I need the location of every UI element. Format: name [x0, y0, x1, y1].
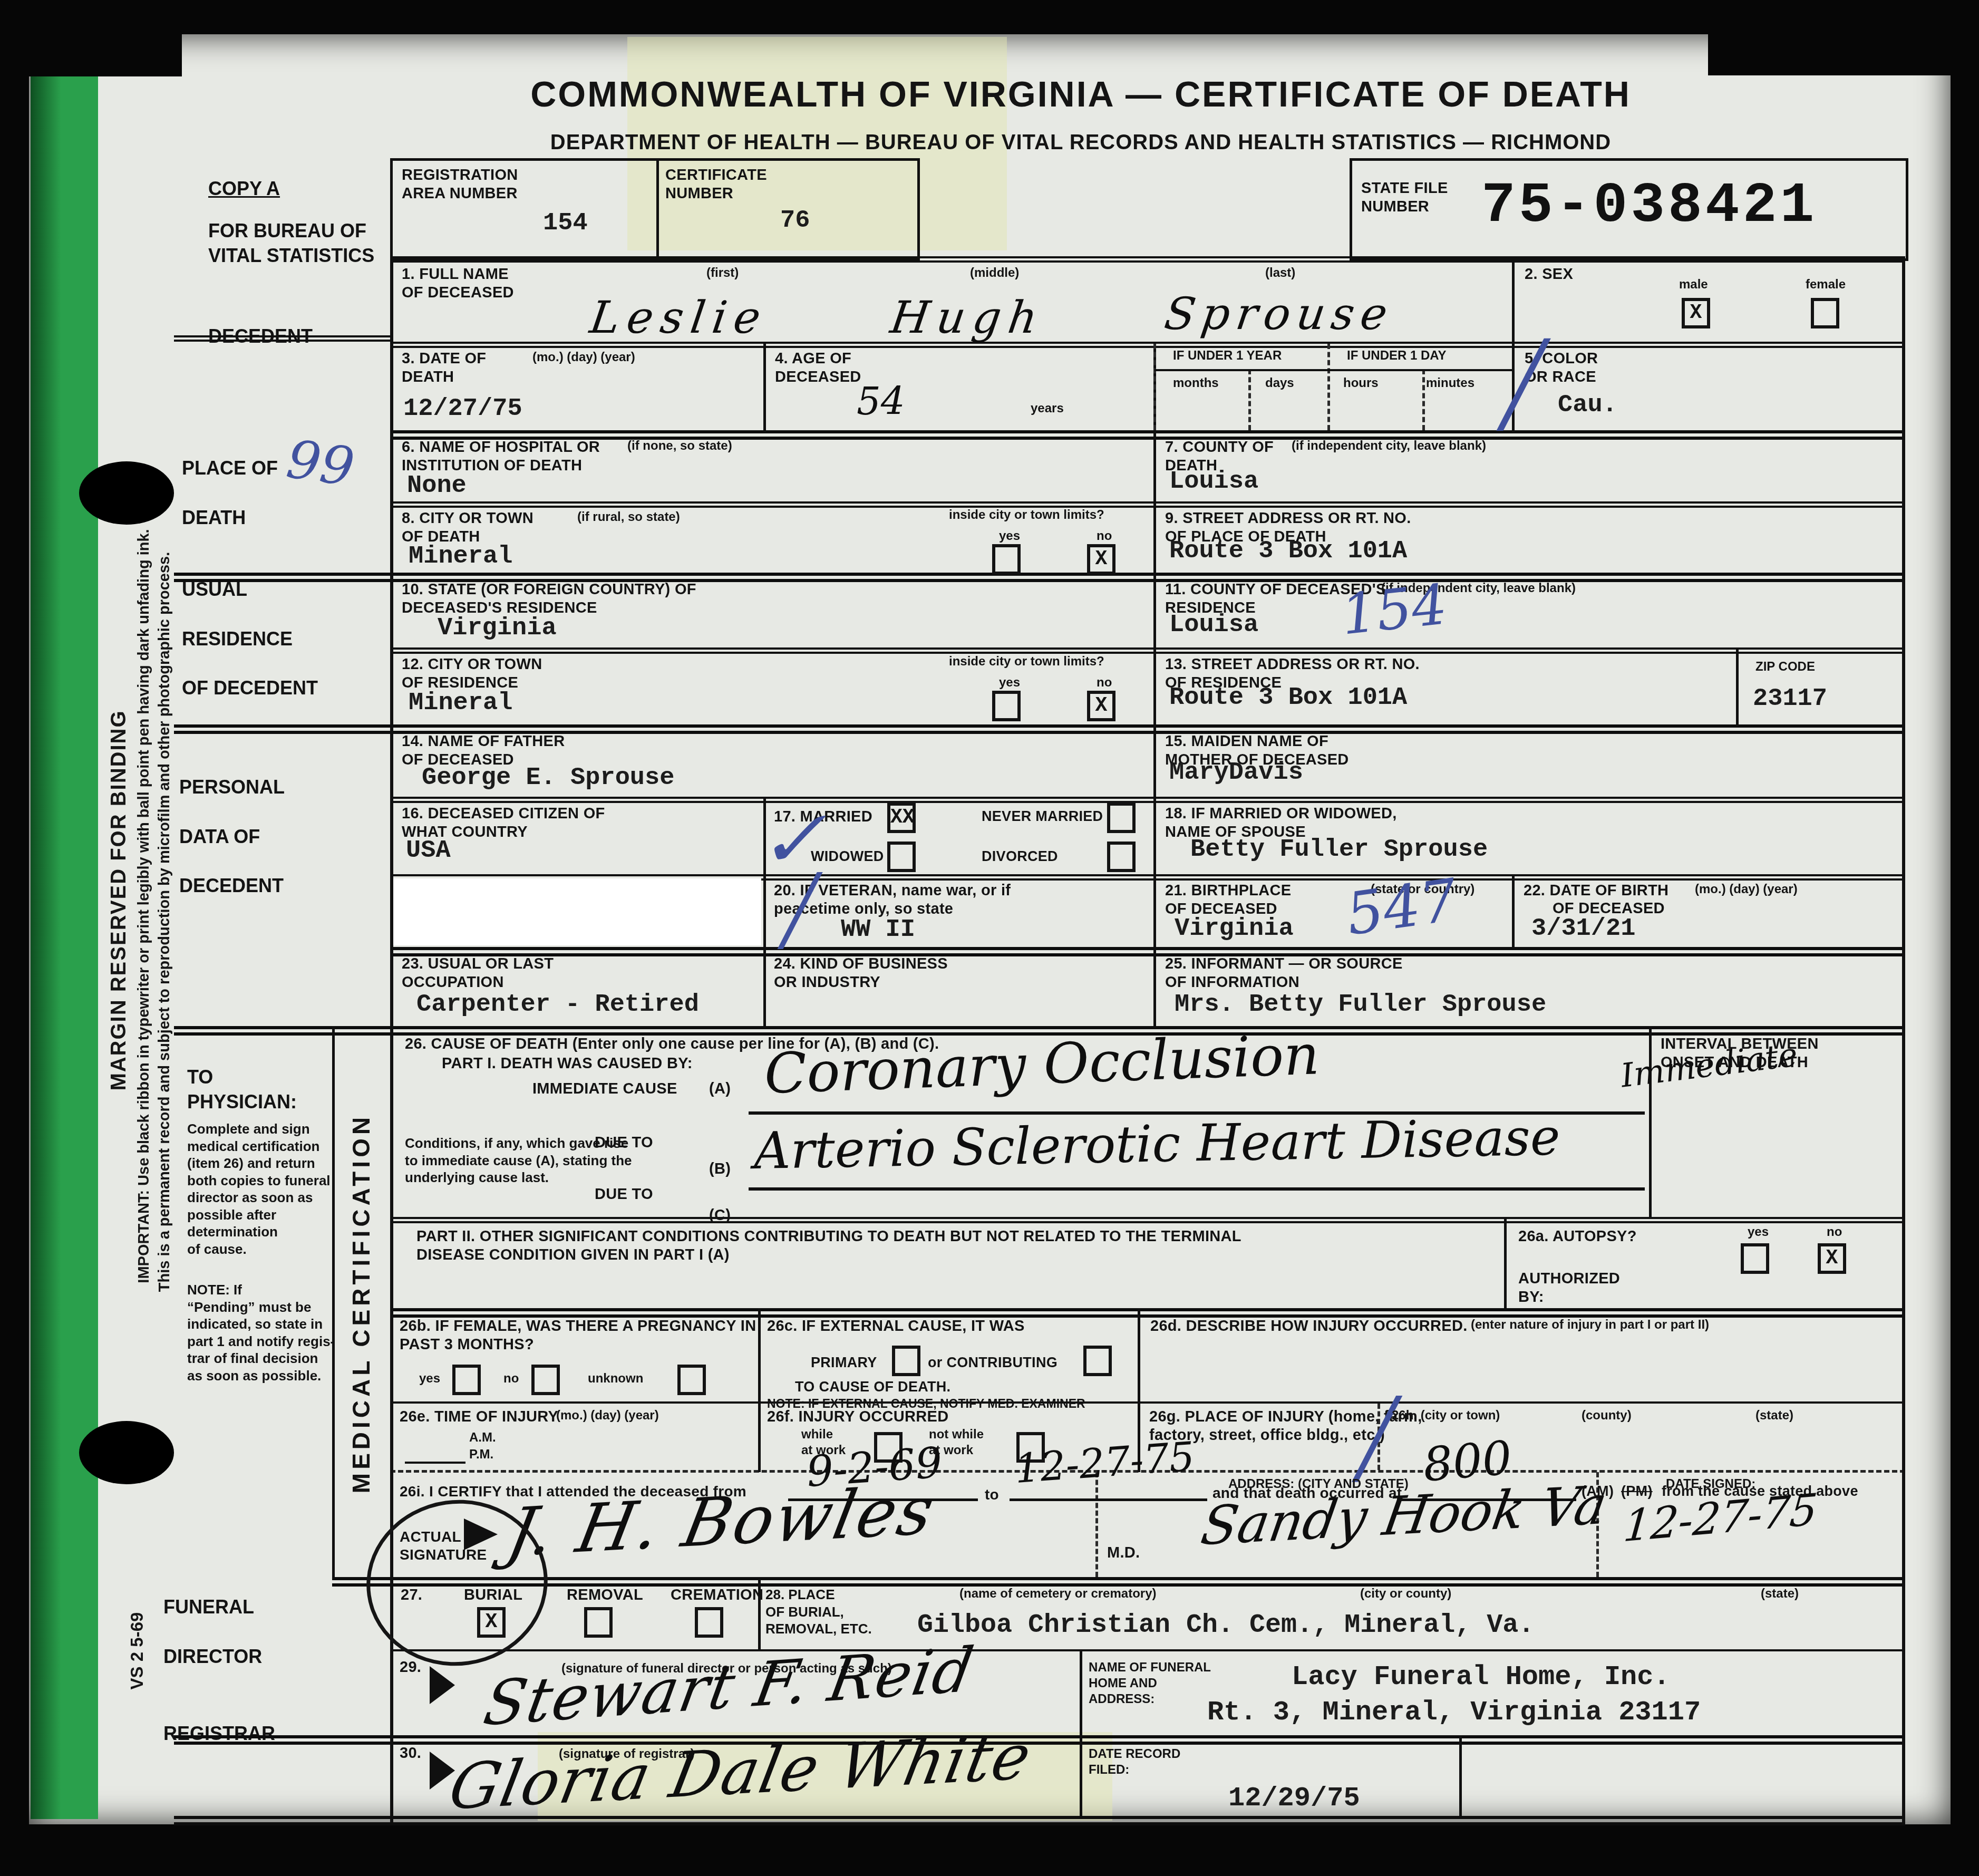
field12-value: Mineral [409, 691, 512, 715]
cause-b-sub: (B) [709, 1160, 731, 1178]
field1-middle-value: Hugh [888, 295, 1047, 340]
city-county-sub: (city or county) [1360, 1586, 1451, 1602]
field2-male-label: male [1679, 277, 1708, 293]
field4-label: 4. AGE OF DECEASED [775, 350, 861, 387]
part2-label: PART II. OTHER SIGNIFICANT CONDITIONS CO… [416, 1227, 1418, 1265]
field26b-no-checkbox [531, 1365, 560, 1395]
autopsy-no-label: no [1827, 1224, 1842, 1240]
state-file-value: 75-038421 [1481, 174, 1817, 238]
under-1-year-label: IF UNDER 1 YEAR [1173, 348, 1282, 364]
field29-number: 29. [400, 1658, 421, 1677]
registration-area-value: 154 [543, 211, 588, 236]
funeral-home-label: NAME OF FUNERAL HOME AND ADDRESS: [1089, 1660, 1211, 1707]
field26b-no-label: no [503, 1371, 519, 1387]
field1-label: 1. FULL NAME OF DECEASED [402, 265, 514, 303]
field26-part1: PART I. DEATH WAS CAUSED BY: [442, 1055, 693, 1073]
field1-first-value: Leslie [587, 295, 771, 340]
pm-label: P.M. [469, 1447, 493, 1463]
field1-last-value: Sprouse [1162, 292, 1396, 336]
field10-label: 10. STATE (OR FOREIGN COUNTRY) OF DECEAS… [402, 581, 696, 618]
primary-label: PRIMARY [811, 1354, 877, 1371]
field26c-label: 26c. IF EXTERNAL CAUSE, IT WAS [767, 1317, 1025, 1336]
field25-value: Mrs. Betty Fuller Sprouse [1175, 992, 1546, 1017]
field18-value: Betty Fuller Sprouse [1190, 837, 1488, 862]
divorced-checkbox [1107, 842, 1136, 872]
personal-data-label: PERSONAL DATA OF DECEDENT [179, 775, 285, 898]
male-checkbox: X [1682, 298, 1710, 328]
torn-edge-top-left [29, 34, 182, 76]
field23-value: Carpenter - Retired [416, 992, 699, 1017]
to-physician-label: TO PHYSICIAN: [187, 1065, 297, 1115]
cremation-checkbox [695, 1607, 723, 1638]
field12-yes-checkbox [992, 691, 1021, 721]
field26b-label: 26b. IF FEMALE, WAS THERE A PREGNANCY IN… [400, 1317, 756, 1355]
field6-value: None [407, 473, 467, 498]
field26d-sub: (enter nature of injury in part I or par… [1471, 1317, 1709, 1333]
field20-value: WW II [841, 917, 915, 942]
field12-limits-label: inside city or town limits? [949, 654, 1104, 670]
field26h-state-label: (state) [1755, 1408, 1793, 1424]
field1-first-sub: (first) [706, 265, 739, 281]
funeral-home-address: Rt. 3, Mineral, Virginia 23117 [1207, 1699, 1701, 1726]
state-file-label: STATE FILE NUMBER [1361, 179, 1448, 217]
field22-sub: (mo.) (day) (year) [1695, 882, 1798, 897]
place-of-death-label: PLACE OF DEATH [182, 456, 278, 530]
field12-no-label: no [1097, 675, 1112, 691]
field12-yes-label: yes [999, 675, 1020, 691]
field6-label: 6. NAME OF HOSPITAL OR INSTITUTION OF DE… [402, 438, 600, 476]
usual-residence-label: USUAL RESIDENCE OF DECEDENT [182, 577, 318, 701]
field7-sub: (if independent city, leave blank) [1292, 438, 1486, 454]
field22-label: 22. DATE OF BIRTH [1524, 882, 1668, 900]
contributing-label: or CONTRIBUTING [928, 1354, 1058, 1371]
cremation-label: CREMATION [671, 1586, 763, 1604]
margin-permanent-note: This is a permanent record and subject t… [156, 527, 173, 1318]
months-label: months [1173, 375, 1219, 391]
zip-code-value: 23117 [1753, 686, 1827, 711]
date-filed-value: 12/29/75 [1228, 1785, 1360, 1812]
female-checkbox [1811, 298, 1839, 328]
date-signed-label: DATE SIGNED: [1666, 1476, 1755, 1492]
conditions-note: Conditions, if any, which gave rise to i… [405, 1135, 632, 1186]
field13-value: Route 3 Box 101A [1169, 685, 1407, 710]
field2-female-label: female [1806, 277, 1846, 293]
field8-label: 8. CITY OR TOWN OF DEATH [402, 509, 533, 547]
pen-number-99: 99 [284, 432, 357, 494]
funeral-director-label: FUNERAL DIRECTOR [163, 1595, 262, 1669]
field8-yes-checkbox [992, 544, 1021, 575]
field2-label: 2. SEX [1525, 265, 1573, 284]
field26d-label: 26d. DESCRIBE HOW INJURY OCCURRED. [1150, 1317, 1468, 1336]
cause-b-value: Arterio Sclerotic Heart Disease [753, 1111, 1560, 1176]
field8-sub: (if rural, so state) [577, 509, 680, 525]
medical-certification-label: MEDICAL CERTIFICATION [347, 1013, 375, 1593]
field21-value: Virginia [1175, 916, 1294, 941]
days-label: days [1265, 375, 1294, 391]
certificate-number-value: 76 [780, 208, 810, 233]
pen-slash-veteran: ╱ [780, 878, 820, 944]
certify-pm-label: (PM) [1621, 1483, 1653, 1500]
registration-area-label: REGISTRATION AREA NUMBER [402, 166, 518, 204]
immediate-cause-label: IMMEDIATE CAUSE [532, 1080, 677, 1098]
field4-value: 54 [857, 382, 905, 420]
never-married-checkbox [1107, 802, 1136, 833]
field14-value: George E. Sprouse [422, 766, 674, 790]
minutes-label: minutes [1426, 375, 1474, 391]
copy-label: COPY A [208, 177, 280, 201]
field26b-unknown-label: unknown [588, 1371, 643, 1387]
redaction-box [393, 878, 761, 945]
certify-to-value: 12-27-75 [1013, 1436, 1196, 1489]
due-to-c-label: DUE TO [595, 1185, 653, 1204]
pen-number-547: 547 [1343, 871, 1460, 943]
authorized-by-label: AUTHORIZED BY: [1518, 1270, 1620, 1307]
never-married-label: NEVER MARRIED [982, 808, 1103, 825]
hole-punch-top [79, 461, 174, 525]
under-1-day-label: IF UNDER 1 DAY [1347, 348, 1446, 364]
field26b-yes-checkbox [452, 1365, 481, 1395]
field28-value: Gilboa Christian Ch. Cem., Mineral, Va. [917, 1612, 1534, 1639]
field22-value: 3/31/21 [1531, 916, 1635, 941]
field11-value: Louisa [1169, 613, 1258, 637]
am-label: A.M. [469, 1430, 496, 1446]
contributing-checkbox [1083, 1346, 1112, 1376]
field26h-city-label: 26h. (city or town) [1392, 1408, 1500, 1424]
field12-label: 12. CITY OR TOWN OF RESIDENCE [402, 655, 542, 693]
document-title: COMMONWEALTH OF VIRGINIA — CERTIFICATE O… [474, 74, 1687, 115]
zip-code-label: ZIP CODE [1755, 659, 1815, 675]
field4-years-label: years [1031, 401, 1064, 417]
field3-value: 12/27/75 [403, 397, 522, 421]
removal-label: REMOVAL [567, 1586, 643, 1604]
autopsy-label: 26a. AUTOPSY? [1518, 1227, 1637, 1246]
binding-strip [31, 42, 98, 1819]
field30-number: 30. [400, 1744, 421, 1763]
hours-label: hours [1343, 375, 1379, 391]
field23-label: 23. USUAL OR LAST OCCUPATION [402, 955, 554, 992]
date-filed-label: DATE RECORD FILED: [1089, 1746, 1180, 1778]
to-physician-body: Complete and sign medical certification … [187, 1120, 331, 1258]
pen-check-widowed: ✓ [748, 801, 836, 880]
divorced-label: DIVORCED [982, 848, 1058, 865]
to-cause-label: TO CAUSE OF DEATH. [795, 1378, 950, 1396]
funeral-home-name: Lacy Funeral Home, Inc. [1292, 1664, 1670, 1691]
physician-note-body: NOTE: If “Pending” must be indicated, so… [187, 1281, 335, 1384]
field10-value: Virginia [438, 616, 557, 641]
primary-checkbox [892, 1346, 920, 1376]
married-checkbox: XX [887, 802, 916, 833]
field6-sub: (if none, so state) [627, 438, 732, 454]
field16-value: USA [406, 838, 451, 863]
widowed-checkbox [887, 842, 916, 872]
cause-c-sub: (C) [709, 1206, 731, 1225]
cause-a-sub: (A) [709, 1080, 731, 1098]
field26h-county-label: (county) [1582, 1408, 1632, 1424]
margin-important-note: IMPORTANT: Use black ribbon in typewrite… [135, 477, 153, 1336]
bureau-label: FOR BUREAU OF VITAL STATISTICS [208, 219, 374, 268]
field1-middle-sub: (middle) [970, 265, 1019, 281]
field24-label: 24. KIND OF BUSINESS OR INDUSTRY [774, 955, 948, 992]
cemetery-sub: (name of cemetery or crematory) [959, 1586, 1156, 1602]
autopsy-yes-checkbox [1741, 1243, 1769, 1274]
field21-label: 21. BIRTHPLACE OF DECEASED [1165, 882, 1291, 919]
certify-to-label: to [985, 1486, 999, 1504]
document-subtitle: DEPARTMENT OF HEALTH — BUREAU OF VITAL R… [474, 131, 1687, 154]
director-arrow-icon [430, 1666, 455, 1704]
field26f-label: 26f. INJURY OCCURRED [767, 1408, 948, 1426]
field26e-label: 26e. TIME OF INJURY [400, 1408, 558, 1426]
removal-checkbox [584, 1607, 613, 1638]
scanned-death-certificate: { "header": { "title": "COMMONWEALTH OF … [0, 0, 1979, 1876]
field15-value: MaryDavis [1169, 760, 1303, 785]
field25-label: 25. INFORMANT — OR SOURCE OF INFORMATION [1165, 955, 1403, 992]
pen-slash-race: ╱ [1500, 345, 1547, 424]
autopsy-yes-label: yes [1748, 1224, 1769, 1240]
field26b-yes-label: yes [419, 1371, 440, 1387]
field8-limits-label: inside city or town limits? [949, 507, 1104, 523]
pen-number-154: 154 [1339, 577, 1450, 643]
hole-punch-bottom [79, 1421, 174, 1484]
autopsy-no-checkbox: X [1818, 1243, 1846, 1274]
field12-no-checkbox: X [1087, 691, 1115, 721]
certificate-number-label: CERTIFICATE NUMBER [665, 166, 767, 204]
field9-value: Route 3 Box 101A [1169, 539, 1407, 564]
torn-edge-top-right [1708, 34, 1951, 75]
field28-label: 28. PLACE OF BURIAL, REMOVAL, ETC. [765, 1586, 872, 1638]
field3-label: 3. DATE OF DEATH [402, 350, 486, 387]
margin-binding-label: MARGIN RESERVED FOR BINDING [107, 650, 131, 1151]
field3-subs: (mo.) (day) (year) [532, 350, 635, 365]
form-code: VS 2 5-69 [127, 1569, 147, 1733]
field8-no-checkbox: X [1087, 544, 1115, 575]
field26b-unknown-checkbox [677, 1365, 706, 1395]
field8-value: Mineral [409, 544, 512, 569]
field8-no-label: no [1097, 528, 1112, 544]
state-sub: (state) [1761, 1586, 1799, 1602]
md-label: M.D. [1107, 1544, 1140, 1562]
field5-value: Cau. [1558, 393, 1617, 418]
field7-value: Louisa [1169, 469, 1258, 494]
field8-yes-label: yes [999, 528, 1020, 544]
field1-last-sub: (last) [1265, 265, 1295, 281]
field26e-sub: (mo.) (day) (year) [556, 1408, 659, 1424]
